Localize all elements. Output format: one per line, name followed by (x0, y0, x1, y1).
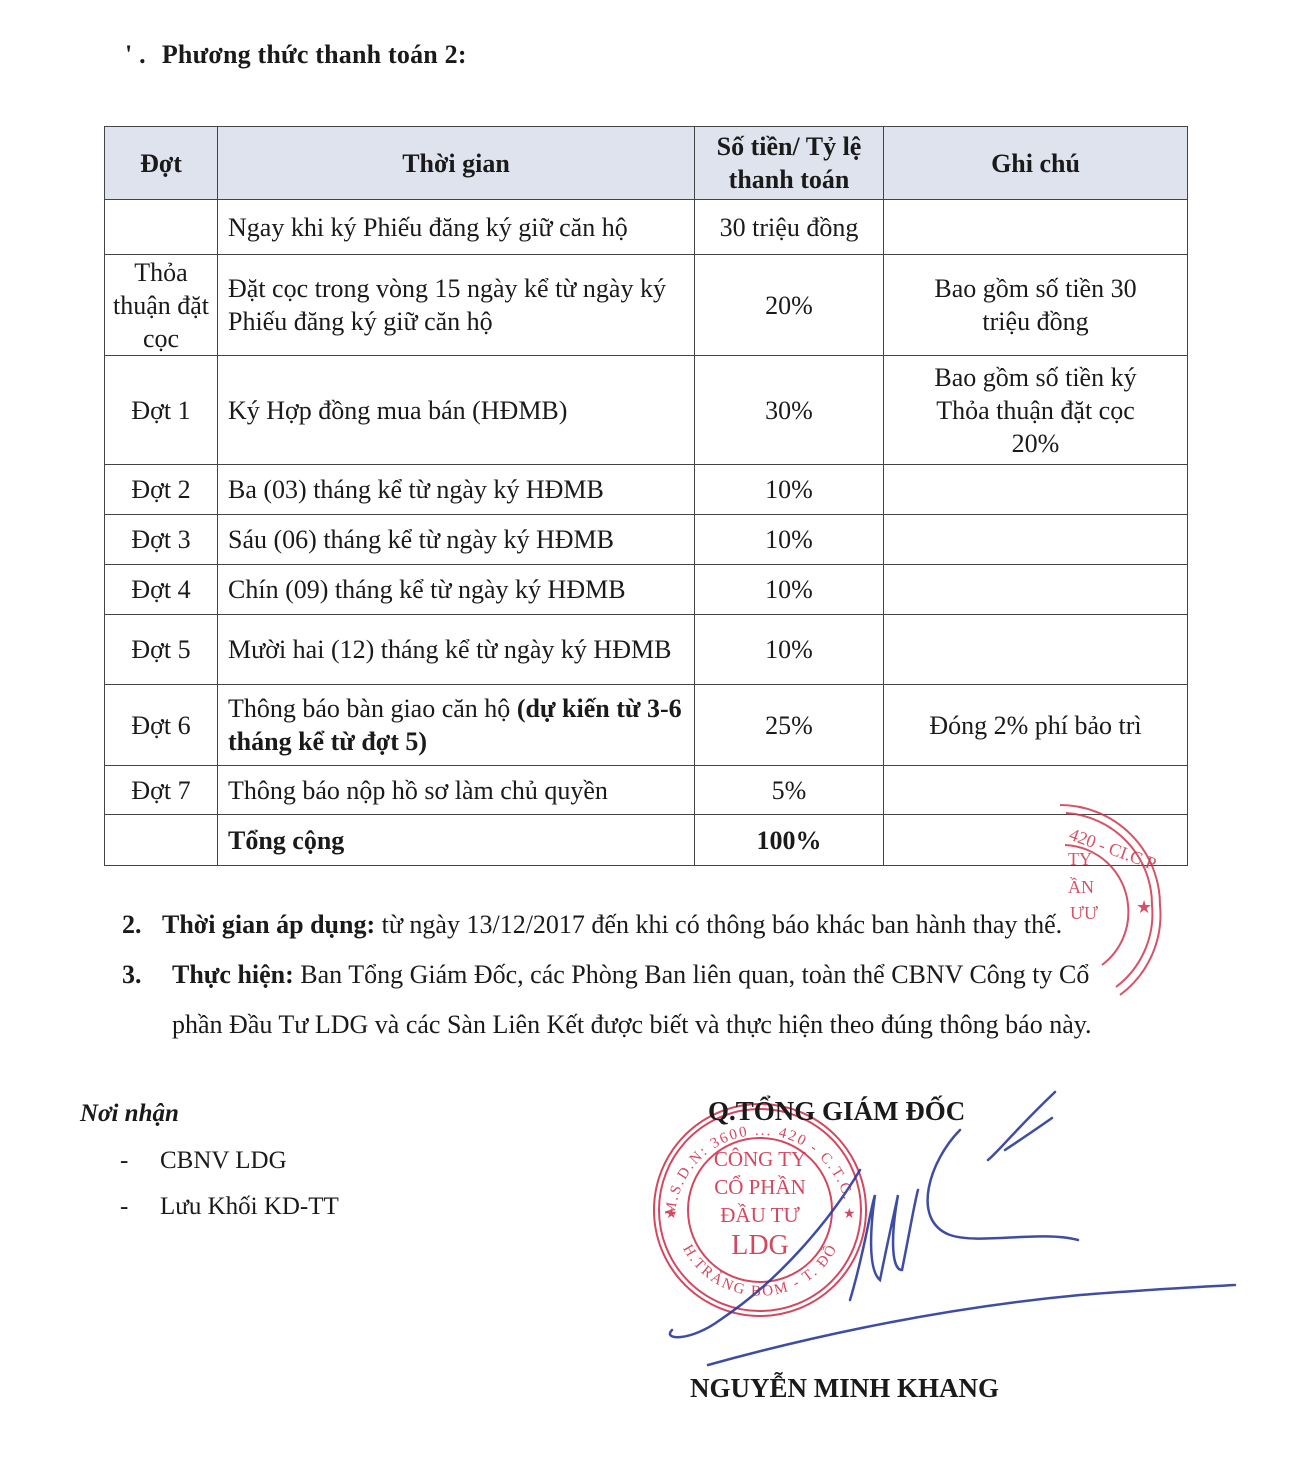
table-header-row: Đợt Thời gian Số tiền/ Tỷ lệ thanh toán … (105, 127, 1188, 200)
cell-ty-le: 10% (695, 565, 884, 615)
cell-ghi-chu: Bao gồm số tiền 30 triệu đồng (884, 255, 1188, 356)
cell-ty-le: 5% (695, 766, 884, 815)
cell-ghi-chu: Đóng 2% phí bảo trì (884, 685, 1188, 766)
cell-dot: Đợt 7 (105, 766, 218, 815)
header-dot: Đợt (105, 127, 218, 200)
table-row: Đợt 7 Thông báo nộp hồ sơ làm chủ quyền … (105, 766, 1188, 815)
table-row: Đợt 1 Ký Hợp đồng mua bán (HĐMB) 30% Bao… (105, 356, 1188, 465)
table-row: Đợt 4 Chín (09) tháng kể từ ngày ký HĐMB… (105, 565, 1188, 615)
paragraph-number: 2. (122, 900, 162, 950)
cell-ghi-chu (884, 200, 1188, 255)
cell-dot: Đợt 1 (105, 356, 218, 465)
cell-ty-le: 10% (695, 515, 884, 565)
cell-dot: Đợt 4 (105, 565, 218, 615)
cell-ghi-chu (884, 565, 1188, 615)
cell-thoi-gian: Thông báo nộp hồ sơ làm chủ quyền (218, 766, 695, 815)
cell-ty-le: 20% (695, 255, 884, 356)
recipients-title: Nơi nhận (80, 1100, 339, 1128)
cell-thoi-gian-text: Thông báo bàn giao căn hộ (228, 694, 517, 723)
signature-icon (660, 1080, 1260, 1380)
table-total-row: Tổng cộng 100% (105, 815, 1188, 866)
table-row: Ngay khi ký Phiếu đăng ký giữ căn hộ 30 … (105, 200, 1188, 255)
paragraph-number: 3. (122, 950, 162, 1000)
cell-dot: Đợt 2 (105, 465, 218, 515)
cell-ty-le: 10% (695, 615, 884, 685)
cell-ty-le: 30% (695, 356, 884, 465)
table-row: Đợt 2 Ba (03) tháng kể từ ngày ký HĐMB 1… (105, 465, 1188, 515)
recipient-text: CBNV LDG (160, 1147, 287, 1174)
paragraph-application-period: 2.Thời gian áp dụng: từ ngày 13/12/2017 … (122, 900, 1062, 950)
recipient-item: -Lưu Khối KD-TT (80, 1184, 339, 1230)
cell-thoi-gian: Mười hai (12) tháng kể từ ngày ký HĐMB (218, 615, 695, 685)
header-so-tien: Số tiền/ Tỷ lệ thanh toán (695, 127, 884, 200)
cell-ghi-chu (884, 465, 1188, 515)
cell-dot: Đợt 3 (105, 515, 218, 565)
header-ghi-chu: Ghi chú (884, 127, 1188, 200)
table-row: Đợt 3 Sáu (06) tháng kể từ ngày ký HĐMB … (105, 515, 1188, 565)
table-row: Đợt 5 Mười hai (12) tháng kể từ ngày ký … (105, 615, 1188, 685)
cell-ty-le: 30 triệu đồng (695, 200, 884, 255)
cell-dot: Thỏa thuận đặt cọc (105, 255, 218, 356)
cell-thoi-gian: Sáu (06) tháng kể từ ngày ký HĐMB (218, 515, 695, 565)
paragraph-text: Ban Tổng Giám Đốc, các Phòng Ban liên qu… (294, 960, 1090, 989)
cell-thoi-gian: Ba (03) tháng kể từ ngày ký HĐMB (218, 465, 695, 515)
dash-bullet: - (80, 1184, 160, 1230)
total-label: Tổng cộng (218, 815, 695, 866)
svg-text:TY: TY (1068, 849, 1092, 869)
svg-text:ẦN: ẦN (1068, 876, 1094, 897)
cell-dot (105, 200, 218, 255)
cell-thoi-gian: Chín (09) tháng kể từ ngày ký HĐMB (218, 565, 695, 615)
recipients-block: Nơi nhận -CBNV LDG -Lưu Khối KD-TT (80, 1100, 339, 1230)
partial-seal-icon: 420 - CI.C.P TY ẦN ƯƯ ★ (1040, 795, 1170, 1005)
svg-text:ƯƯ: ƯƯ (1070, 903, 1098, 923)
svg-text:★: ★ (1136, 897, 1152, 917)
recipient-text: Lưu Khối KD-TT (160, 1193, 339, 1220)
cell-ty-le: 10% (695, 465, 884, 515)
dash-bullet: - (80, 1138, 160, 1184)
cell-thoi-gian: Thông báo bàn giao căn hộ (dự kiến từ 3-… (218, 685, 695, 766)
cell-dot: Đợt 5 (105, 615, 218, 685)
paragraph-text: từ ngày 13/12/2017 đến khi có thông báo … (375, 910, 1062, 939)
section-number: ' . (125, 40, 146, 69)
section-title-text: Phương thức thanh toán 2: (162, 40, 467, 69)
cell-thoi-gian: Đặt cọc trong vòng 15 ngày kể từ ngày ký… (218, 255, 695, 356)
cell-dot: Đợt 6 (105, 685, 218, 766)
cell-thoi-gian: Ngay khi ký Phiếu đăng ký giữ căn hộ (218, 200, 695, 255)
cell-thoi-gian: Ký Hợp đồng mua bán (HĐMB) (218, 356, 695, 465)
header-thoi-gian: Thời gian (218, 127, 695, 200)
paragraph-label: Thời gian áp dụng: (162, 910, 375, 939)
cell-ghi-chu (884, 515, 1188, 565)
total-value: 100% (695, 815, 884, 866)
cell-ghi-chu: Bao gồm số tiền ký Thỏa thuận đặt cọc 20… (884, 356, 1188, 465)
cell-dot (105, 815, 218, 866)
cell-ghi-chu (884, 615, 1188, 685)
cell-ty-le: 25% (695, 685, 884, 766)
paragraph-text-continued: phần Đầu Tư LDG và các Sàn Liên Kết được… (122, 1000, 1212, 1050)
paragraph-label: Thực hiện: (172, 960, 294, 989)
section-title: ' .Phương thức thanh toán 2: (125, 40, 467, 70)
table-row: Đợt 6 Thông báo bàn giao căn hộ (dự kiến… (105, 685, 1188, 766)
table-row: Thỏa thuận đặt cọc Đặt cọc trong vòng 15… (105, 255, 1188, 356)
payment-schedule-table: Đợt Thời gian Số tiền/ Tỷ lệ thanh toán … (104, 126, 1188, 866)
recipient-item: -CBNV LDG (80, 1138, 339, 1184)
